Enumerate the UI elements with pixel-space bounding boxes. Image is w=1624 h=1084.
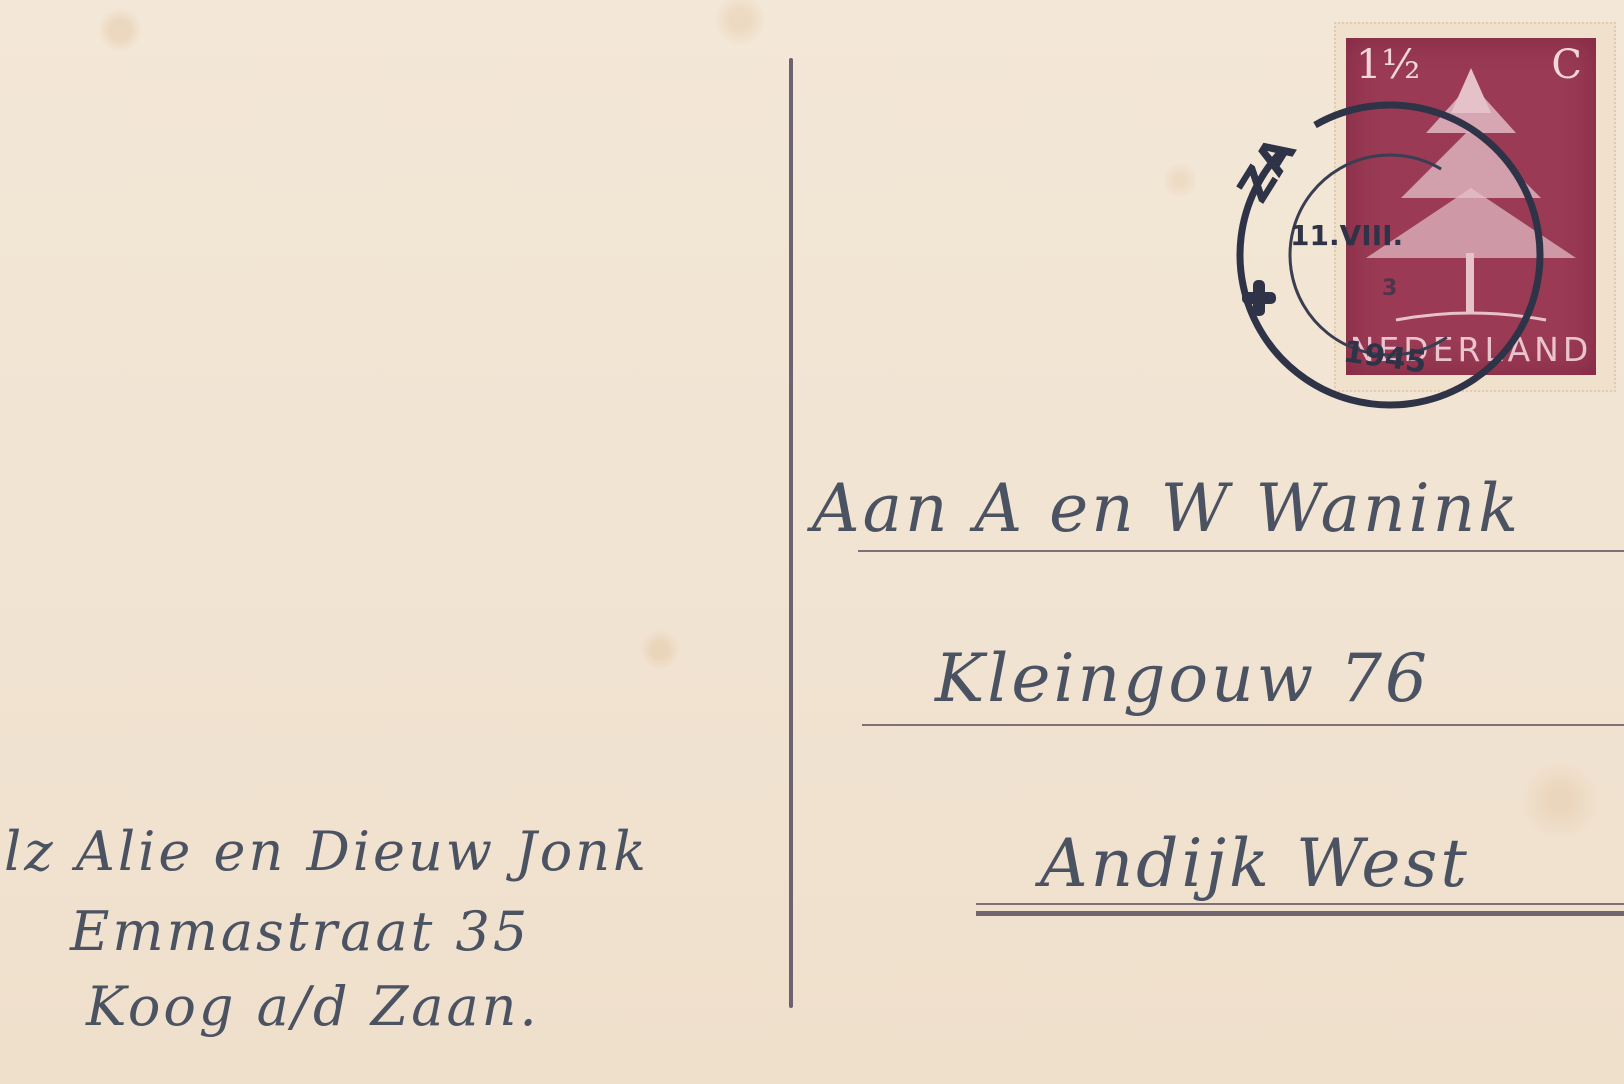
address-rule-1 <box>858 550 1624 552</box>
recipient-street: Kleingouw 76 <box>935 640 1430 717</box>
tree-icon <box>1356 58 1586 338</box>
sender-street: Emmastraat 35 <box>70 900 530 963</box>
center-divider-line <box>789 58 793 1008</box>
postage-stamp: 1½ C NEDERLAND <box>1346 38 1596 375</box>
address-rule-2 <box>862 724 1624 726</box>
recipient-name: Aan A en W Wanink <box>812 470 1521 547</box>
cross-icon <box>1242 280 1276 316</box>
postmark-place: ZA <box>1228 128 1306 211</box>
postcard-back: Aan A en W Wanink Kleingouw 76 Andijk We… <box>0 0 1624 1084</box>
address-rule-3 <box>976 903 1624 905</box>
sender-city: Koog a/d Zaan. <box>86 975 540 1038</box>
sender-name: lz Alie en Dieuw Jonk <box>4 820 649 883</box>
stamp-country: NEDERLAND <box>1346 330 1596 369</box>
recipient-city: Andijk West <box>1040 825 1470 902</box>
address-rule-3-bold <box>976 911 1624 916</box>
